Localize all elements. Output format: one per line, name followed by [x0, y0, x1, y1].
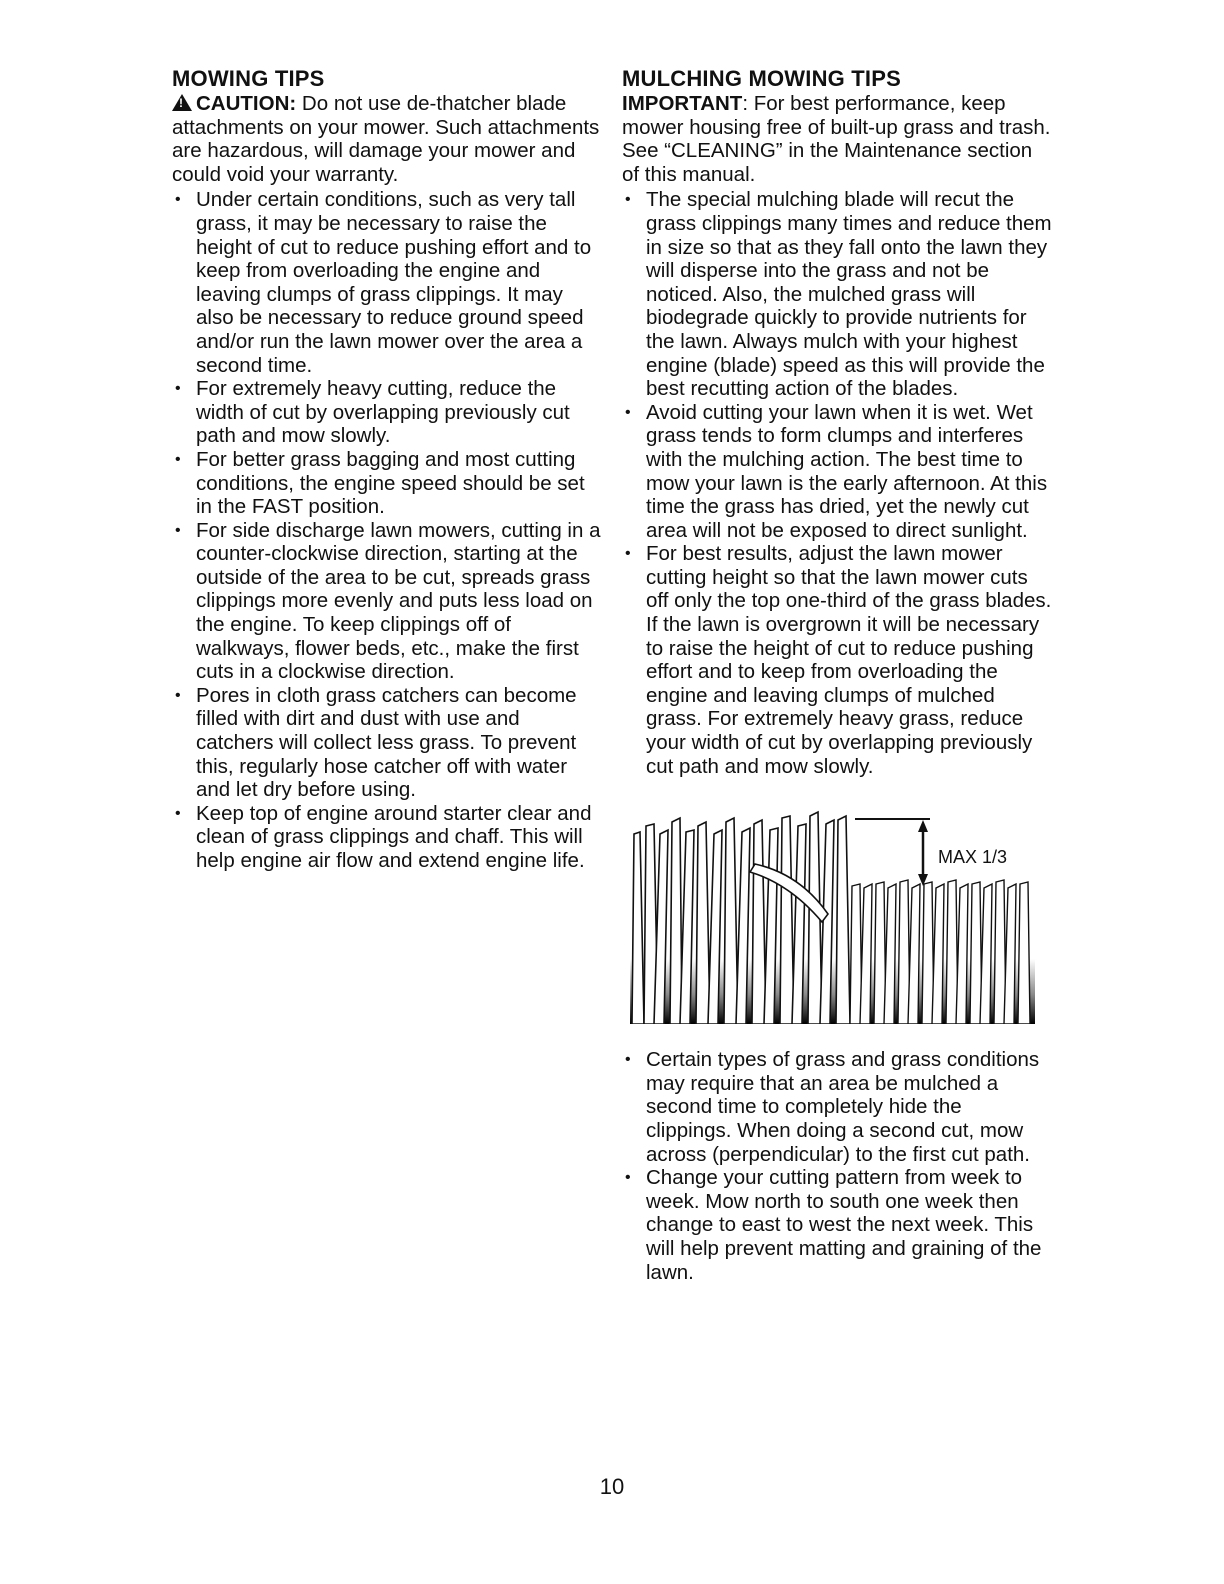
important-paragraph: IMPORTANT: For best performance, keep mo… [622, 92, 1052, 186]
mowing-tips-list: Under certain conditions, such as very t… [172, 188, 602, 872]
mulching-tips-list: The special mulching blade will recut th… [622, 188, 1052, 778]
list-item: Keep top of engine around starter clear … [172, 802, 602, 873]
grass-cutting-height-illustration: MAX 1/3 [630, 804, 1040, 1024]
page-number: 10 [0, 1474, 1224, 1500]
list-item: Under certain conditions, such as very t… [172, 188, 602, 377]
mulching-tips-column: MULCHING MOWING TIPS IMPORTANT: For best… [622, 66, 1052, 1284]
grass-blades-icon [630, 804, 1040, 1024]
important-label: IMPORTANT [622, 92, 742, 115]
list-item: For extremely heavy cutting, reduce the … [172, 377, 602, 448]
warning-triangle-icon [172, 94, 192, 111]
mowing-tips-heading: MOWING TIPS [172, 66, 602, 92]
mulching-tips-heading: MULCHING MOWING TIPS [622, 66, 1052, 92]
max-cut-label: MAX 1/3 [938, 846, 1007, 870]
list-item: Pores in cloth grass catchers can become… [172, 684, 602, 802]
list-item: Certain types of grass and grass conditi… [622, 1048, 1052, 1166]
caution-paragraph: CAUTION: Do not use de-thatcher blade at… [172, 92, 602, 186]
list-item: Change your cutting pattern from week to… [622, 1166, 1052, 1284]
list-item: For better grass bagging and most cuttin… [172, 448, 602, 519]
list-item: Avoid cutting your lawn when it is wet. … [622, 401, 1052, 543]
caution-label: CAUTION: [196, 92, 296, 115]
mowing-tips-column: MOWING TIPS CAUTION: Do not use de-thatc… [172, 66, 602, 873]
list-item: The special mulching blade will recut th… [622, 188, 1052, 400]
mulching-tips-list-continued: Certain types of grass and grass conditi… [622, 1048, 1052, 1284]
list-item: For best results, adjust the lawn mower … [622, 542, 1052, 778]
list-item: For side discharge lawn mowers, cutting … [172, 519, 602, 684]
